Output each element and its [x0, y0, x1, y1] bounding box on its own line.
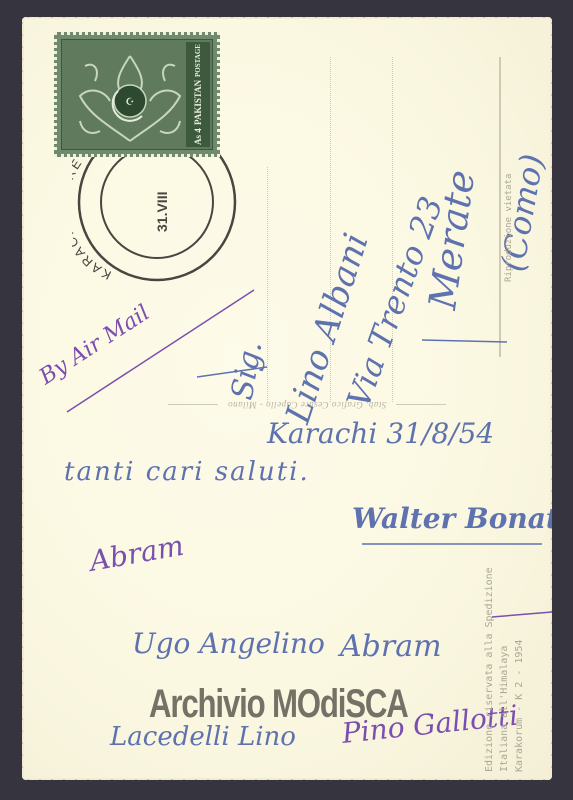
postcard: KARACHI FRERE 31.VIII ☪ — [22, 17, 552, 780]
printed-reproduction-notice: Riproduzione vietata — [504, 112, 514, 282]
edition-line-3: Karakorum - K 2 - 1954 — [514, 572, 525, 772]
edition-line-2: Italiana all'Himalaya — [499, 572, 510, 772]
signature-main: Walter Bonatti — [352, 502, 552, 535]
message-place-date: Karachi 31/8/54 — [267, 417, 494, 450]
message-greeting: tanti cari saluti. — [64, 457, 310, 487]
printer-imprint-text: Stab. Grafico Cesare Capello - Milano — [228, 400, 387, 410]
printer-imprint: Stab. Grafico Cesare Capello - Milano — [117, 400, 497, 410]
edition-line-1: Edizione riservata alla Spedizione — [484, 572, 495, 772]
archive-watermark: Archivio MOdiSCA — [149, 682, 408, 727]
signature: Abram — [340, 629, 442, 664]
signature: Ugo Angelino — [132, 627, 325, 660]
